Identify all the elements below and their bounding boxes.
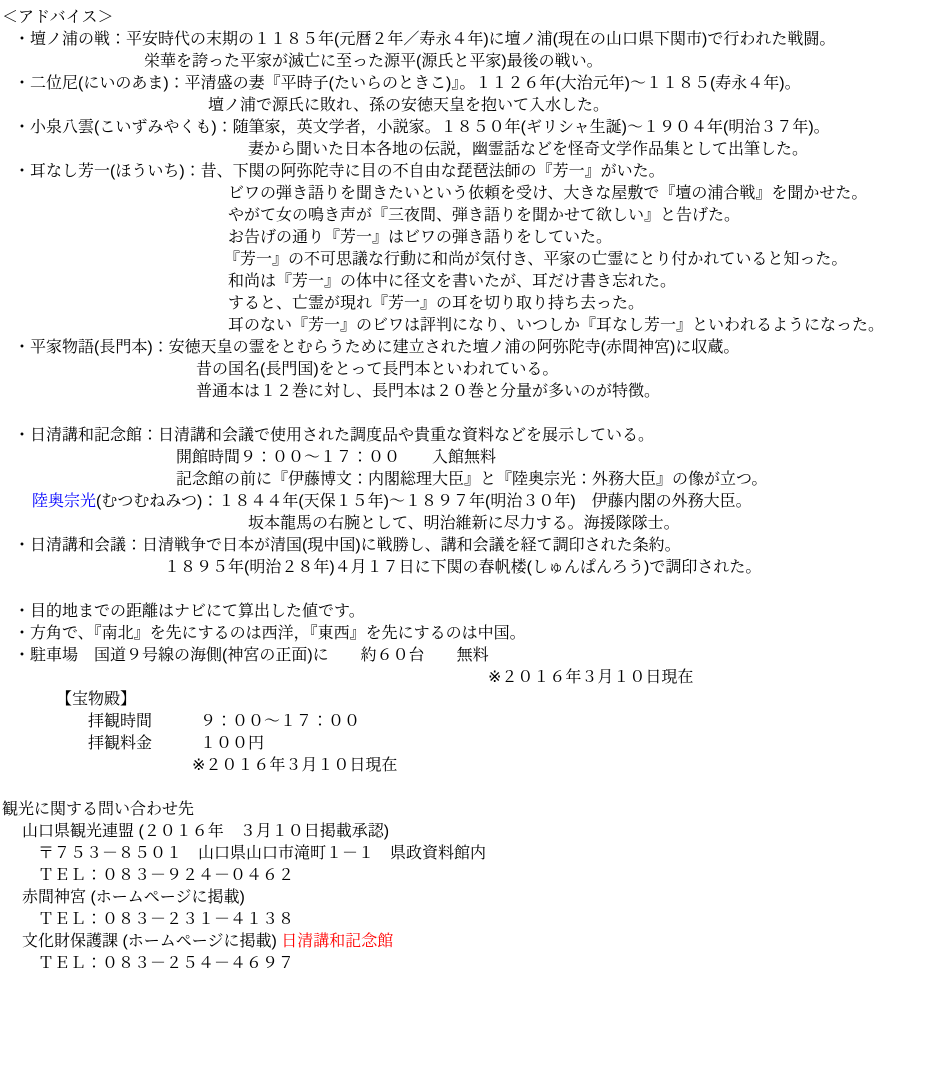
text-line: 妻から聞いた日本各地の伝説，幽霊話などを怪奇文学作品集として出筆した。 (0, 139, 952, 161)
text-segment: 拝観時間 ９：００～１７：００ (88, 713, 360, 730)
mutsu-munemitsu-link[interactable]: 陸奥宗光 (32, 493, 96, 510)
text-line: 記念館の前に『伊藤博文：内閣総理大臣』と『陸奥宗光：外務大臣』の像が立つ。 (0, 469, 952, 491)
text-segment: ・平家物語(長門本)：安徳天皇の霊をとむらうために建立された壇ノ浦の阿弥陀寺(赤… (14, 339, 739, 356)
text-line: やがて女の鳴き声が『三夜間、弾き語りを聞かせて欲しい』と告げた。 (0, 205, 952, 227)
text-segment: 〒７５３－８５０１ 山口県山口市滝町１－１ 県政資料館内 (38, 845, 486, 862)
text-line: 拝観料金 １００円 (0, 733, 952, 755)
text-segment: 開館時間９：００～１７：００ 入館無料 (176, 449, 496, 466)
text-segment: 『芳一』の不可思議な行動に和尚が気付き、平家の亡霊にとり付かれていると知った。 (224, 251, 847, 268)
text-segment: ・壇ノ浦の戦：平安時代の末期の１１８５年(元暦２年／寿永４年)に壇ノ浦(現在の山… (14, 31, 835, 48)
blank-line (0, 777, 952, 799)
text-line: 赤間神宮 (ホームページに掲載) (0, 887, 952, 909)
text-line: 文化財保護課 (ホームページに掲載) 日清講和記念館 (0, 931, 952, 953)
text-segment: ・耳なし芳一(ほういち)：昔、下関の阿弥陀寺に目の不自由な琵琶法師の『芳一』がい… (14, 163, 665, 180)
text-line: ＴＥＬ：０８３－２３１－４１３８ (0, 909, 952, 931)
text-segment: 赤間神宮 (ホームページに掲載) (22, 889, 245, 906)
text-segment: 坂本龍馬の右腕として、明治維新に尽力する。海援隊隊士。 (248, 515, 680, 532)
text-line: ・壇ノ浦の戦：平安時代の末期の１１８５年(元暦２年／寿永４年)に壇ノ浦(現在の山… (0, 29, 952, 51)
text-line: すると、亡霊が現れ『芳一』の耳を切り取り持ち去った。 (0, 293, 952, 315)
text-line: 『芳一』の不可思議な行動に和尚が気付き、平家の亡霊にとり付かれていると知った。 (0, 249, 952, 271)
text-line: ＜アドバイス＞ (0, 7, 952, 29)
text-segment: ＴＥＬ：０８３－９２４－０４６２ (38, 867, 294, 884)
text-line: 耳のない『芳一』のビワは評判になり、いつしか『耳なし芳一』といわれるようになった… (0, 315, 952, 337)
text-line: 栄華を誇った平家が滅亡に至った源平(源氏と平家)最後の戦い。 (0, 51, 952, 73)
text-segment: (むつむねみつ)：１８４４年(天保１５年)～１８９７年(明治３０年) 伊藤内閣の… (96, 493, 752, 510)
text-line: ＴＥＬ：０８３－９２４－０４６２ (0, 865, 952, 887)
text-segment: すると、亡霊が現れ『芳一』の耳を切り取り持ち去った。 (228, 295, 644, 312)
text-line: ・日清講和記念館：日清講和会議で使用された調度品や貴重な資料などを展示している。 (0, 425, 952, 447)
text-segment: ・日清講和会議：日清戦争で日本が清国(現中国)に戦勝し、講和会議を経て調印された… (14, 537, 681, 554)
text-line: ビワの弾き語りを聞きたいという依頼を受け、大きな屋敷で『壇の浦合戦』を聞かせた。 (0, 183, 952, 205)
text-segment: ・方角で、『南北』を先にするのは西洋，『東西』を先にするのは中国。 (14, 625, 526, 642)
blank-line (0, 579, 952, 601)
blank-line (0, 403, 952, 425)
text-segment: ＜アドバイス＞ (2, 9, 114, 26)
text-segment: 普通本は１２巻に対し、長門本は２０巻と分量が多いのが特徴。 (196, 383, 660, 400)
text-segment: 和尚は『芳一』の体中に径文を書いたが、耳だけ書き忘れた。 (228, 273, 676, 290)
text-line: ※２０１６年３月１０日現在 (0, 755, 952, 777)
text-line: 開館時間９：００～１７：００ 入館無料 (0, 447, 952, 469)
text-line: ・小泉八雲(こいずみやくも)：随筆家，英文学者，小説家。１８５０年(ギリシャ生誕… (0, 117, 952, 139)
text-segment: 【宝物殿】 (56, 691, 136, 708)
text-segment: 妻から聞いた日本各地の伝説，幽霊話などを怪奇文学作品集として出筆した。 (248, 141, 808, 158)
text-line: ・二位尼(にいのあま)：平清盛の妻『平時子(たいらのときこ)』。１１２６年(大治… (0, 73, 952, 95)
text-segment: 拝観料金 １００円 (88, 735, 264, 752)
text-line: 【宝物殿】 (0, 689, 952, 711)
text-segment: 記念館の前に『伊藤博文：内閣総理大臣』と『陸奥宗光：外務大臣』の像が立つ。 (176, 471, 767, 488)
text-segment: お告げの通り『芳一』はビワの弾き語りをしていた。 (228, 229, 612, 246)
text-segment: ・駐車場 国道９号線の海側(神宮の正面)に 約６０台 無料 (14, 647, 489, 664)
text-segment: 耳のない『芳一』のビワは評判になり、いつしか『耳なし芳一』といわれるようになった… (228, 317, 884, 334)
text-line: 観光に関する問い合わせ先 (0, 799, 952, 821)
text-segment: １８９５年(明治２８年)４月１７日に下関の春帆楼(しゅんぱんろう)で調印された。 (164, 559, 761, 576)
text-line: 和尚は『芳一』の体中に径文を書いたが、耳だけ書き忘れた。 (0, 271, 952, 293)
text-segment: 昔の国名(長門国)をとって長門本といわれている。 (196, 361, 558, 378)
text-line: 山口県観光連盟 (２０１６年 ３月１０日掲載承認) (0, 821, 952, 843)
text-line: ・平家物語(長門本)：安徳天皇の霊をとむらうために建立された壇ノ浦の阿弥陀寺(赤… (0, 337, 952, 359)
text-line: 〒７５３－８５０１ 山口県山口市滝町１－１ 県政資料館内 (0, 843, 952, 865)
text-line: ・目的地までの距離はナビにて算出した値です。 (0, 601, 952, 623)
text-line: 普通本は１２巻に対し、長門本は２０巻と分量が多いのが特徴。 (0, 381, 952, 403)
text-line: ※２０１６年３月１０日現在 (0, 667, 952, 689)
text-line: 坂本龍馬の右腕として、明治維新に尽力する。海援隊隊士。 (0, 513, 952, 535)
text-segment: 壇ノ浦で源氏に敗れ、孫の安徳天皇を抱いて入水した。 (208, 97, 609, 114)
text-line: ・耳なし芳一(ほういち)：昔、下関の阿弥陀寺に目の不自由な琵琶法師の『芳一』がい… (0, 161, 952, 183)
nisshin-memorial-highlight: 日清講和記念館 (281, 933, 393, 950)
text-segment: ・二位尼(にいのあま)：平清盛の妻『平時子(たいらのときこ)』。１１２６年(大治… (14, 75, 801, 92)
text-line: １８９５年(明治２８年)４月１７日に下関の春帆楼(しゅんぱんろう)で調印された。 (0, 557, 952, 579)
text-line: ・駐車場 国道９号線の海側(神宮の正面)に 約６０台 無料 (0, 645, 952, 667)
text-segment: やがて女の鳴き声が『三夜間、弾き語りを聞かせて欲しい』と告げた。 (228, 207, 740, 224)
text-segment: 栄華を誇った平家が滅亡に至った源平(源氏と平家)最後の戦い。 (144, 53, 603, 70)
text-segment: 観光に関する問い合わせ先 (2, 801, 194, 818)
text-line: ・方角で、『南北』を先にするのは西洋，『東西』を先にするのは中国。 (0, 623, 952, 645)
advice-document: ＜アドバイス＞・壇ノ浦の戦：平安時代の末期の１１８５年(元暦２年／寿永４年)に壇… (0, 0, 952, 975)
text-segment: 山口県観光連盟 (２０１６年 ３月１０日掲載承認) (22, 823, 389, 840)
text-line: ・日清講和会議：日清戦争で日本が清国(現中国)に戦勝し、講和会議を経て調印された… (0, 535, 952, 557)
text-segment: ＴＥＬ：０８３－２５４－４６９７ (38, 955, 294, 972)
text-segment: ＴＥＬ：０８３－２３１－４１３８ (38, 911, 294, 928)
text-segment: ※２０１６年３月１０日現在 (488, 669, 693, 686)
text-segment: ・目的地までの距離はナビにて算出した値です。 (14, 603, 365, 620)
text-line: お告げの通り『芳一』はビワの弾き語りをしていた。 (0, 227, 952, 249)
text-segment: ビワの弾き語りを聞きたいという依頼を受け、大きな屋敷で『壇の浦合戦』を聞かせた。 (228, 185, 867, 202)
text-line: ＴＥＬ：０８３－２５４－４６９７ (0, 953, 952, 975)
text-segment: ※２０１６年３月１０日現在 (192, 757, 397, 774)
text-segment: ・小泉八雲(こいずみやくも)：随筆家，英文学者，小説家。１８５０年(ギリシャ生誕… (14, 119, 830, 136)
text-line: 陸奥宗光(むつむねみつ)：１８４４年(天保１５年)～１８９７年(明治３０年) 伊… (0, 491, 952, 513)
text-line: 拝観時間 ９：００～１７：００ (0, 711, 952, 733)
text-segment: 文化財保護課 (ホームページに掲載) (22, 933, 281, 950)
text-segment: ・日清講和記念館：日清講和会議で使用された調度品や貴重な資料などを展示している。 (14, 427, 654, 444)
text-line: 昔の国名(長門国)をとって長門本といわれている。 (0, 359, 952, 381)
text-line: 壇ノ浦で源氏に敗れ、孫の安徳天皇を抱いて入水した。 (0, 95, 952, 117)
